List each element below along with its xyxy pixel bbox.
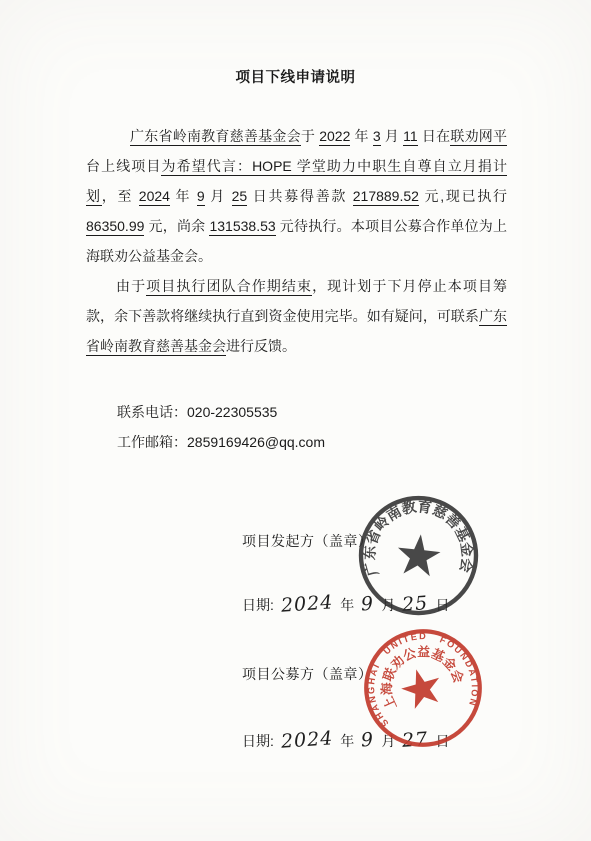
email-label: 工作邮箱： [117, 434, 187, 450]
underlined-text-segment: 联劝网平 [450, 128, 507, 146]
date-label: 日期: [242, 595, 274, 615]
document-page: 项目下线申请说明 广东省岭南教育慈善基金会于 2022 年 3 月 11 日在联… [0, 0, 591, 841]
initiator-seal-label: 项目发起方（盖章） [242, 531, 373, 551]
text-segment: 月 [381, 128, 404, 144]
document-body: 广东省岭南教育慈善基金会于 2022 年 3 月 11 日在联劝网平台上线项目为… [86, 121, 507, 361]
contact-phone-line: 联系电话：020-22305535 [117, 397, 325, 427]
handwritten-month: 9 [360, 729, 375, 752]
document-title: 项目下线申请说明 [0, 66, 591, 87]
text-segment: 元,现已执行 [419, 188, 507, 204]
initiator-date-line: 日期: 2024 年 9 月 25 日 [242, 593, 450, 615]
underlined-text-segment: 131538.53 [209, 218, 275, 236]
paragraph-project-info: 广东省岭南教育慈善基金会于 2022 年 3 月 11 日在联劝网平台上线项目为… [86, 121, 507, 271]
handwritten-year: 2024 [280, 591, 334, 617]
underlined-text-segment: 2022 [319, 128, 350, 146]
month-unit: 月 [381, 595, 395, 615]
text-segment: 于 [301, 128, 319, 144]
handwritten-day: 27 [402, 728, 430, 752]
day-unit: 日 [436, 731, 450, 751]
text-segment: 月 [205, 188, 232, 204]
underlined-text-segment: 11 [403, 128, 418, 146]
year-unit: 年 [340, 731, 354, 751]
text-segment: 年 [350, 128, 373, 144]
seal-inner-text: 上海联劝公益基金会 [375, 639, 469, 712]
underlined-text-segment: 3 [373, 128, 381, 146]
seal-outer-text: SHANGHAI UNITED FOUNDATION [360, 625, 483, 729]
text-segment: 年 [170, 188, 197, 204]
day-unit: 日 [436, 595, 450, 615]
handwritten-day: 25 [402, 592, 430, 616]
seal-circular-text: 广东省岭南教育慈善基金会 [360, 497, 476, 578]
text-segment: 由于 [116, 278, 146, 294]
year-unit: 年 [340, 595, 354, 615]
phone-number: 020-22305535 [187, 404, 277, 420]
underlined-text-segment: 217889.52 [353, 188, 419, 206]
star-icon [397, 664, 445, 711]
phone-label: 联系电话： [117, 404, 187, 420]
email-address: 2859169426@qq.com [187, 434, 325, 450]
underlined-text-segment: 9 [197, 188, 205, 206]
fundraiser-seal-label: 项目公募方（盖章） [242, 664, 373, 684]
text-segment: 台上线项目 [86, 158, 161, 174]
date-label: 日期: [242, 731, 274, 751]
month-unit: 月 [381, 731, 395, 751]
text-segment: 日共募得善款 [247, 188, 353, 204]
handwritten-month: 9 [360, 593, 375, 616]
underlined-text-segment: 25 [232, 188, 248, 206]
underlined-text-segment: 广东省岭南教育慈善基金会 [130, 128, 301, 146]
contact-email-line: 工作邮箱：2859169426@qq.com [117, 427, 325, 457]
contact-block: 联系电话：020-22305535 工作邮箱：2859169426@qq.com [117, 397, 325, 457]
text-segment: ，至 [102, 188, 139, 204]
underlined-text-segment: 项目执行团队合作期结束 [146, 278, 312, 296]
handwritten-year: 2024 [280, 727, 334, 753]
underlined-text-segment: 2024 [139, 188, 170, 206]
fundraiser-date-line: 日期: 2024 年 9 月 27 日 [242, 729, 450, 751]
paragraph-offline-reason: 由于项目执行团队合作期结束，现计划于下月停止本项目筹款，余下善款将继续执行直到资… [86, 271, 507, 361]
text-segment: 元，尚余 [144, 218, 209, 234]
text-segment: 进行反馈。 [226, 338, 296, 354]
text-segment: 日在 [418, 128, 451, 144]
underlined-text-segment: 86350.99 [86, 218, 144, 236]
star-icon [395, 532, 442, 577]
